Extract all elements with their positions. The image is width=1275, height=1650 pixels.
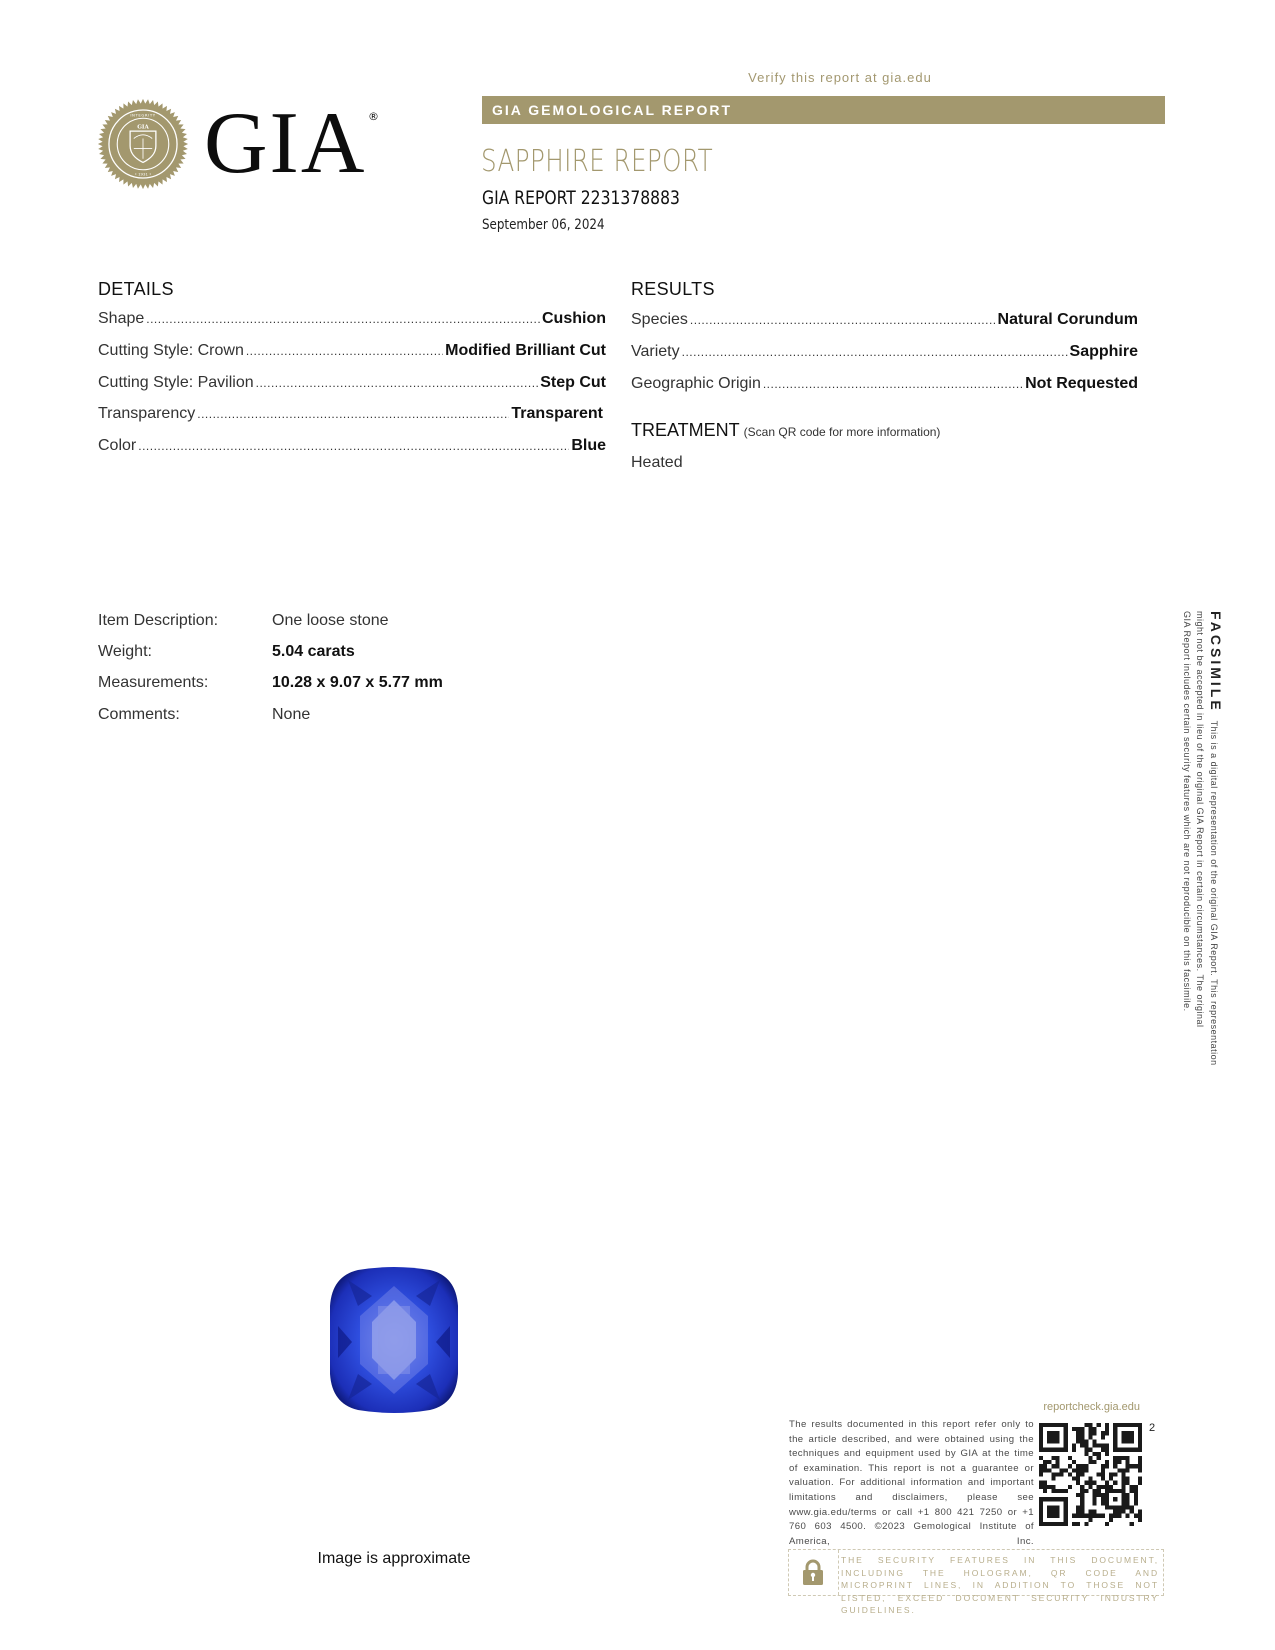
dot-leader xyxy=(138,439,569,453)
comments-label: Comments: xyxy=(98,706,180,724)
gia-seal-icon: GIA INTEGRITY • 1931 • xyxy=(97,98,189,190)
details-row-pavilion: Cutting Style: Pavilion Step Cut xyxy=(98,374,606,396)
detail-label: Transparency xyxy=(98,405,195,423)
facsimile-line-1: This is a digital representation of the … xyxy=(1209,721,1219,1066)
detail-label: Cutting Style: Crown xyxy=(98,342,244,360)
dot-leader xyxy=(690,313,996,327)
result-value: Sapphire xyxy=(1070,343,1138,361)
detail-value: Transparent xyxy=(511,405,603,423)
cushion-sapphire-image xyxy=(328,1266,460,1414)
report-banner: GIA GEMOLOGICAL REPORT xyxy=(482,96,1165,124)
detail-value: Cushion xyxy=(542,310,606,328)
detail-label: Shape xyxy=(98,310,144,328)
svg-text:GIA: GIA xyxy=(137,124,149,130)
dot-leader xyxy=(197,407,509,421)
verify-link[interactable]: Verify this report at gia.edu xyxy=(660,70,1020,85)
registered-mark: ® xyxy=(368,110,379,123)
results-row-origin: Geographic Origin Not Requested xyxy=(631,375,1138,397)
report-type-title: SAPPHIRE REPORT xyxy=(481,144,713,179)
facsimile-line-2: might not be accepted in lieu of the ori… xyxy=(1193,611,1207,1051)
dot-leader xyxy=(682,345,1068,359)
details-row-crown: Cutting Style: Crown Modified Brilliant … xyxy=(98,342,606,364)
report-date: September 06, 2024 xyxy=(482,217,605,233)
details-row-shape: ShapeCushion xyxy=(98,310,606,332)
page-number: 2 xyxy=(1149,1422,1155,1434)
weight-value: 5.04 carats xyxy=(272,643,355,661)
result-label: Variety xyxy=(631,343,680,361)
results-row-variety: VarietySapphire xyxy=(631,343,1138,365)
report-number: GIA REPORT 2231378883 xyxy=(482,187,680,209)
detail-label: Color xyxy=(98,437,136,455)
comments-value: None xyxy=(272,706,310,724)
result-label: Species xyxy=(631,311,688,329)
results-row-species: SpeciesNatural Corundum xyxy=(631,311,1138,333)
security-icon-box xyxy=(789,1550,839,1595)
dot-leader xyxy=(763,377,1023,391)
facsimile-title: FACSIMILE xyxy=(1208,611,1224,713)
dot-leader xyxy=(246,344,443,358)
measurements-value: 10.28 x 9.07 x 5.77 mm xyxy=(272,674,443,692)
item-description-value: One loose stone xyxy=(272,612,389,630)
measurements-label: Measurements: xyxy=(98,674,208,692)
details-row-transparency: Transparency Transparent xyxy=(98,405,603,427)
detail-value: Modified Brilliant Cut xyxy=(445,342,606,360)
svg-text:• 1931 •: • 1931 • xyxy=(135,171,152,176)
result-value: Natural Corundum xyxy=(998,311,1138,329)
results-heading: RESULTS xyxy=(631,279,715,300)
treatment-note: (Scan QR code for more information) xyxy=(744,425,941,439)
reportcheck-link[interactable]: reportcheck.gia.edu xyxy=(1040,1401,1140,1413)
treatment-value: Heated xyxy=(631,454,683,472)
facsimile-notice: FACSIMILEThis is a digital representatio… xyxy=(1176,611,1222,1051)
item-description-label: Item Description: xyxy=(98,612,218,630)
facsimile-line-3: GIA Report includes certain security fea… xyxy=(1180,611,1194,1051)
disclaimer-text: The results documented in this report re… xyxy=(789,1418,1034,1549)
report-banner-label: GIA GEMOLOGICAL REPORT xyxy=(492,102,732,118)
image-caption: Image is approximate xyxy=(294,1550,494,1568)
result-label: Geographic Origin xyxy=(631,375,761,393)
gia-logo-text: GIA xyxy=(204,98,366,190)
treatment-heading: TREATMENT(Scan QR code for more informat… xyxy=(631,420,940,441)
svg-text:INTEGRITY: INTEGRITY xyxy=(130,112,155,117)
security-notice: THE SECURITY FEATURES IN THIS DOCUMENT, … xyxy=(788,1549,1164,1596)
lock-icon xyxy=(802,1559,824,1585)
result-value: Not Requested xyxy=(1025,375,1138,393)
detail-value: Blue xyxy=(571,437,606,455)
security-text: THE SECURITY FEATURES IN THIS DOCUMENT, … xyxy=(841,1554,1159,1617)
detail-label: Cutting Style: Pavilion xyxy=(98,374,254,392)
details-heading: DETAILS xyxy=(98,279,174,300)
details-row-color: ColorBlue xyxy=(98,437,606,459)
qr-code-icon[interactable] xyxy=(1039,1423,1142,1526)
weight-label: Weight: xyxy=(98,643,152,661)
dot-leader xyxy=(256,376,539,390)
dot-leader xyxy=(146,312,540,326)
treatment-title: TREATMENT xyxy=(631,420,740,440)
detail-value: Step Cut xyxy=(540,374,606,392)
